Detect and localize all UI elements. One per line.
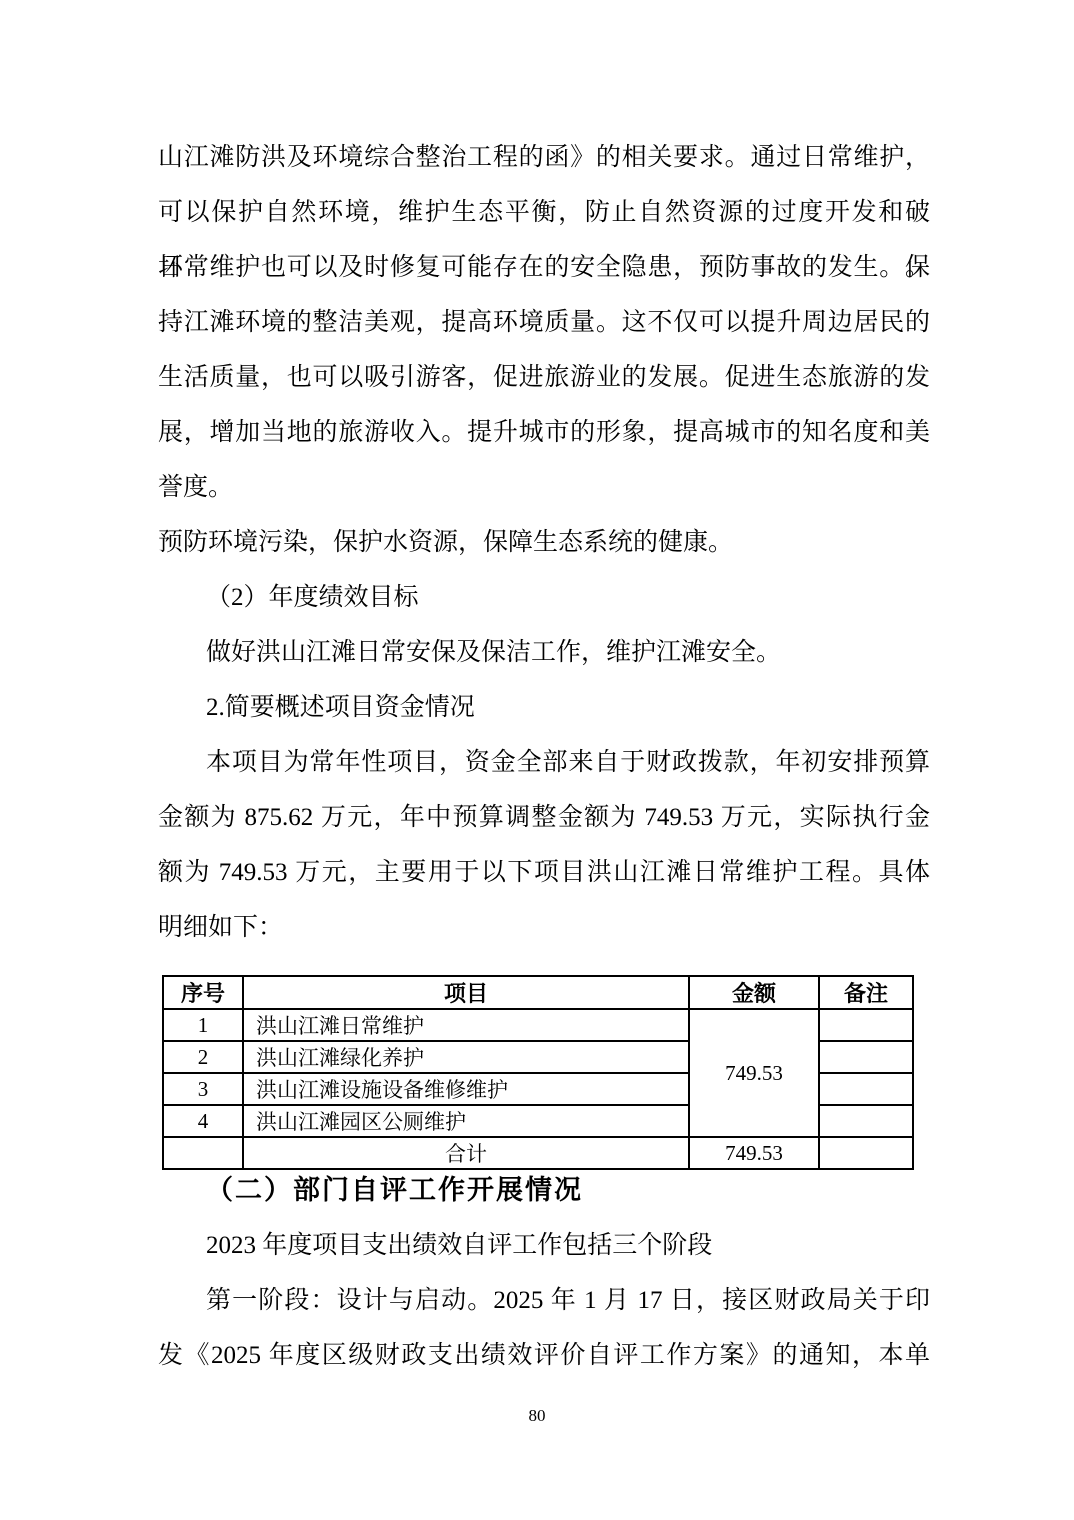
fund-detail-table: 序号 项目 金额 备注 1洪山江滩日常维护749.532洪山江滩绿化养护3洪山江…	[162, 975, 914, 1170]
item-cell: 洪山江滩设施设备维修维护	[243, 1073, 689, 1105]
section-heading: （二）部门自评工作开展情况	[158, 1163, 930, 1218]
table-row: 1洪山江滩日常维护749.53	[163, 1009, 913, 1041]
text-line: 2023 年度项目支出绩效自评工作包括三个阶段	[158, 1218, 930, 1273]
body-text-block: 山江滩防洪及环境综合整治工程的函》的相关要求。通过日常维护，可以保护自然环境，维…	[158, 130, 930, 955]
remark-cell	[819, 1073, 913, 1105]
item-cell: 洪山江滩日常维护	[243, 1009, 689, 1041]
text-line: 2.简要概述项目资金情况	[158, 680, 930, 735]
table-header-row: 序号 项目 金额 备注	[163, 976, 913, 1009]
seq-cell: 1	[163, 1009, 243, 1041]
column-header-amount: 金额	[689, 976, 819, 1009]
text-line: 预防环境污染，保护水资源，保障生态系统的健康。	[158, 515, 930, 570]
column-header-item: 项目	[243, 976, 689, 1009]
text-line: 可以保护自然环境，维护生态平衡，防止自然资源的过度开发和破坏。	[158, 185, 930, 240]
seq-cell: 3	[163, 1073, 243, 1105]
text-line: 额为 749.53 万元，主要用于以下项目洪山江滩日常维护工程。具体	[158, 845, 930, 900]
text-line: 生活质量，也可以吸引游客，促进旅游业的发展。促进生态旅游的发	[158, 350, 930, 405]
item-cell: 洪山江滩园区公厕维护	[243, 1105, 689, 1137]
document-page: 山江滩防洪及环境综合整治工程的函》的相关要求。通过日常维护，可以保护自然环境，维…	[0, 0, 1074, 1520]
column-header-seq: 序号	[163, 976, 243, 1009]
text-line: 金额为 875.62 万元，年中预算调整金额为 749.53 万元，实际执行金	[158, 790, 930, 845]
page-number: 80	[0, 1406, 1074, 1426]
remark-cell	[819, 1105, 913, 1137]
text-line: 日常维护也可以及时修复可能存在的安全隐患，预防事故的发生。保	[158, 240, 930, 295]
text-line: （2）年度绩效目标	[158, 570, 930, 625]
seq-cell: 2	[163, 1041, 243, 1073]
section-text-block: （二）部门自评工作开展情况2023 年度项目支出绩效自评工作包括三个阶段第一阶段…	[158, 1163, 930, 1383]
item-cell: 洪山江滩绿化养护	[243, 1041, 689, 1073]
text-line: 明细如下：	[158, 900, 930, 955]
remark-cell	[819, 1041, 913, 1073]
text-line: 山江滩防洪及环境综合整治工程的函》的相关要求。通过日常维护，	[158, 130, 930, 185]
text-line: 做好洪山江滩日常安保及保洁工作，维护江滩安全。	[158, 625, 930, 680]
text-line: 誉度。	[158, 460, 930, 515]
text-line: 展，增加当地的旅游收入。提升城市的形象，提高城市的知名度和美	[158, 405, 930, 460]
merged-amount-cell: 749.53	[689, 1009, 819, 1137]
text-line: 本项目为常年性项目，资金全部来自于财政拨款，年初安排预算	[158, 735, 930, 790]
seq-cell: 4	[163, 1105, 243, 1137]
text-line: 第一阶段：设计与启动。2025 年 1 月 17 日，接区财政局关于印	[158, 1273, 930, 1328]
remark-cell	[819, 1009, 913, 1041]
column-header-remark: 备注	[819, 976, 913, 1009]
text-line: 发《2025 年度区级财政支出绩效评价自评工作方案》的通知，本单	[158, 1328, 930, 1383]
text-line: 持江滩环境的整洁美观，提高环境质量。这不仅可以提升周边居民的	[158, 295, 930, 350]
